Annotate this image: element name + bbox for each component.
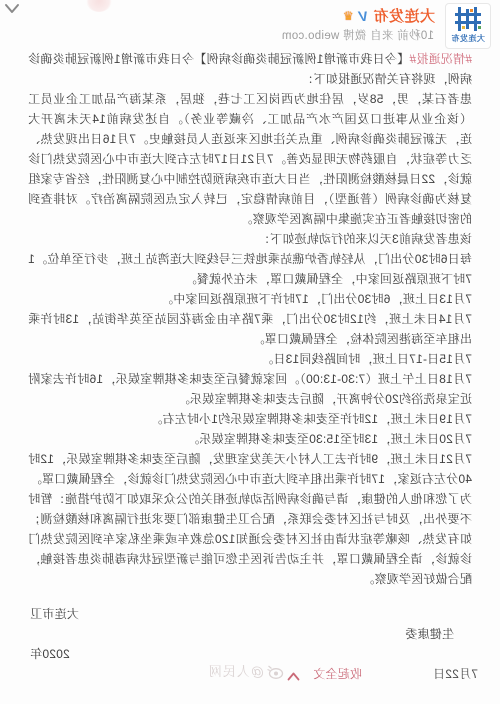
watermark: @人民网: [208, 662, 284, 682]
footer-row: 7月22日 收起全文 @人民网: [28, 664, 472, 684]
weibo-eye-icon: [267, 665, 284, 679]
signature-date-day: 7月22日: [433, 664, 478, 684]
pink-artifact-blob: [86, 0, 112, 12]
source-prefix: 来自: [370, 30, 394, 42]
post-paragraph: 7月15日-17日上班，时间路线同13日。: [28, 349, 472, 369]
signature-line-2: 生健康委: [28, 624, 472, 644]
post-paragraph: 7月20日未上班，13时至15:30至麦味多棋牌室娱乐。: [28, 429, 472, 449]
post-paragraph: 7月21日未上班，9时许去工人村小天美发室理发，随后至麦味多棋牌室娱乐，12时4…: [28, 449, 472, 489]
post-paragraph: 7月13日上班，6时30分出门，17时许下班原路返回家中。: [28, 289, 472, 309]
post-paragraph: 为了您和他人的健康，请与确诊病例活动轨迹相关的公众采取如下防护措施：暂时不要外出…: [28, 489, 472, 589]
avatar[interactable]: 大连发布: [445, 3, 491, 49]
dalian-fabu-logo-icon: [455, 7, 481, 31]
author-name-link[interactable]: 大连发布: [373, 5, 435, 26]
watermark-text: @人民网: [208, 662, 264, 682]
post-paragraph: 7月14日未上班，约12时30分出门，乘7路车由金海花园站至英华街站，13时许乘…: [28, 309, 472, 349]
chevron-up-icon[interactable]: [287, 667, 300, 676]
verified-v-icon: V: [359, 8, 368, 24]
post-paragraph: 该患者发病前3天以来的行动轨迹如下：: [28, 229, 472, 249]
post-paragraph: 7月19日未上班，12时许至麦味多棋牌室娱乐约1小时左右。: [28, 409, 472, 429]
topic-hashtag-link[interactable]: #情况通报#: [409, 52, 472, 66]
weibo-post-screenshot: 大连发布 大连发布 V ♛ 10秒前 来自 微博 weibo.com #情况通报…: [0, 0, 500, 704]
post-body: #情况通报#【今日我市新增1例新冠肺炎确诊病例】今日我市新增1例新冠肺炎确诊病例…: [0, 48, 500, 684]
post-header: 大连发布 大连发布 V ♛ 10秒前 来自 微博 weibo.com: [0, 0, 500, 48]
post-paragraph: 患者石某，男，58岁，居住地为西岗区工七巷，独居，系某海产品加工企业员工（该企业…: [28, 89, 472, 229]
timestamp: 10秒前: [397, 30, 434, 42]
lead-text: 【今日我市新增1例新冠肺炎确诊病例】今日我市新增1例新冠肺炎确诊病例，现将有关情…: [28, 52, 472, 86]
post-paragraph: 每日6时30分出门，从轻轨香炉礁站乘地铁三号线到大连湾站上班，步行至单位。17时…: [28, 249, 472, 289]
collapse-full-text-link[interactable]: 收起全文: [313, 664, 362, 684]
signature-date-year: 2020年: [28, 644, 472, 664]
signature-line-1: 大连市卫: [28, 604, 472, 624]
author-row: 大连发布 V ♛: [343, 5, 435, 26]
chevron-down-icon[interactable]: [4, 2, 20, 14]
avatar-label: 大连发布: [451, 34, 485, 44]
vip-crown-icon: ♛: [343, 10, 354, 22]
lead-paragraph: #情况通报#【今日我市新增1例新冠肺炎确诊病例】今日我市新增1例新冠肺炎确诊病例…: [28, 49, 472, 89]
post-paragraph: 7月18日上午上班（7:30-13:00）。回家就餐后至麦味多棋牌室娱乐，16时…: [28, 369, 472, 409]
source-link[interactable]: 微博 weibo.com: [282, 30, 367, 42]
timestamp-row: 10秒前 来自 微博 weibo.com: [282, 27, 434, 43]
